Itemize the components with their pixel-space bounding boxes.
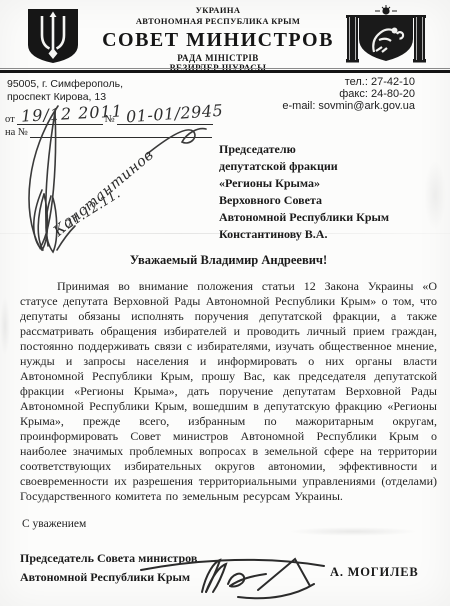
scan-smudge — [0, 296, 10, 356]
scanned-letter-page: УКРАИНА АВТОНОМНАЯ РЕСПУБЛИКА КРЫМ СОВЕТ… — [0, 0, 450, 606]
salutation: Уважаемый Владимир Андреевич! — [20, 253, 437, 268]
sender-contacts: тел.: 27-42-10 факс: 24-80-20 e-mail: so… — [282, 76, 415, 112]
signer-name: А. МОГИЛЕВ — [330, 565, 418, 580]
letterhead-region: АВТОНОМНАЯ РЕСПУБЛИКА КРЫМ — [88, 16, 348, 26]
letter-body: Принимая во внимание положения статьи 12… — [20, 279, 437, 504]
email-line: e-mail: sovmin@ark.gov.ua — [282, 100, 415, 112]
trident-emblem-icon — [25, 7, 81, 65]
phone-line: тел.: 27-42-10 — [282, 76, 415, 88]
address-line-1: 95005, г. Симферополь, — [7, 78, 123, 91]
crimea-emblem-icon — [346, 5, 426, 65]
mogilev-signature-scribble — [138, 540, 328, 600]
header-rule-thin — [0, 68, 450, 69]
fax-line: факс: 24-80-20 — [282, 88, 415, 100]
letterhead: УКРАИНА АВТОНОМНАЯ РЕСПУБЛИКА КРЫМ СОВЕТ… — [88, 5, 348, 73]
scan-smudge — [424, 160, 446, 230]
scan-smudge — [288, 527, 418, 536]
header-rule-thick — [0, 70, 450, 73]
letterhead-org-title: СОВЕТ МИНИСТРОВ — [88, 30, 348, 50]
closing-phrase: С уважением — [22, 518, 86, 530]
letterhead-org-ukrainian: РАДА МІНІСТРІВ — [88, 53, 348, 63]
letterhead-country: УКРАИНА — [88, 5, 348, 15]
recipient-block: Председателю депутатской фракции «Регион… — [219, 141, 389, 243]
scan-crease-line — [0, 233, 450, 234]
